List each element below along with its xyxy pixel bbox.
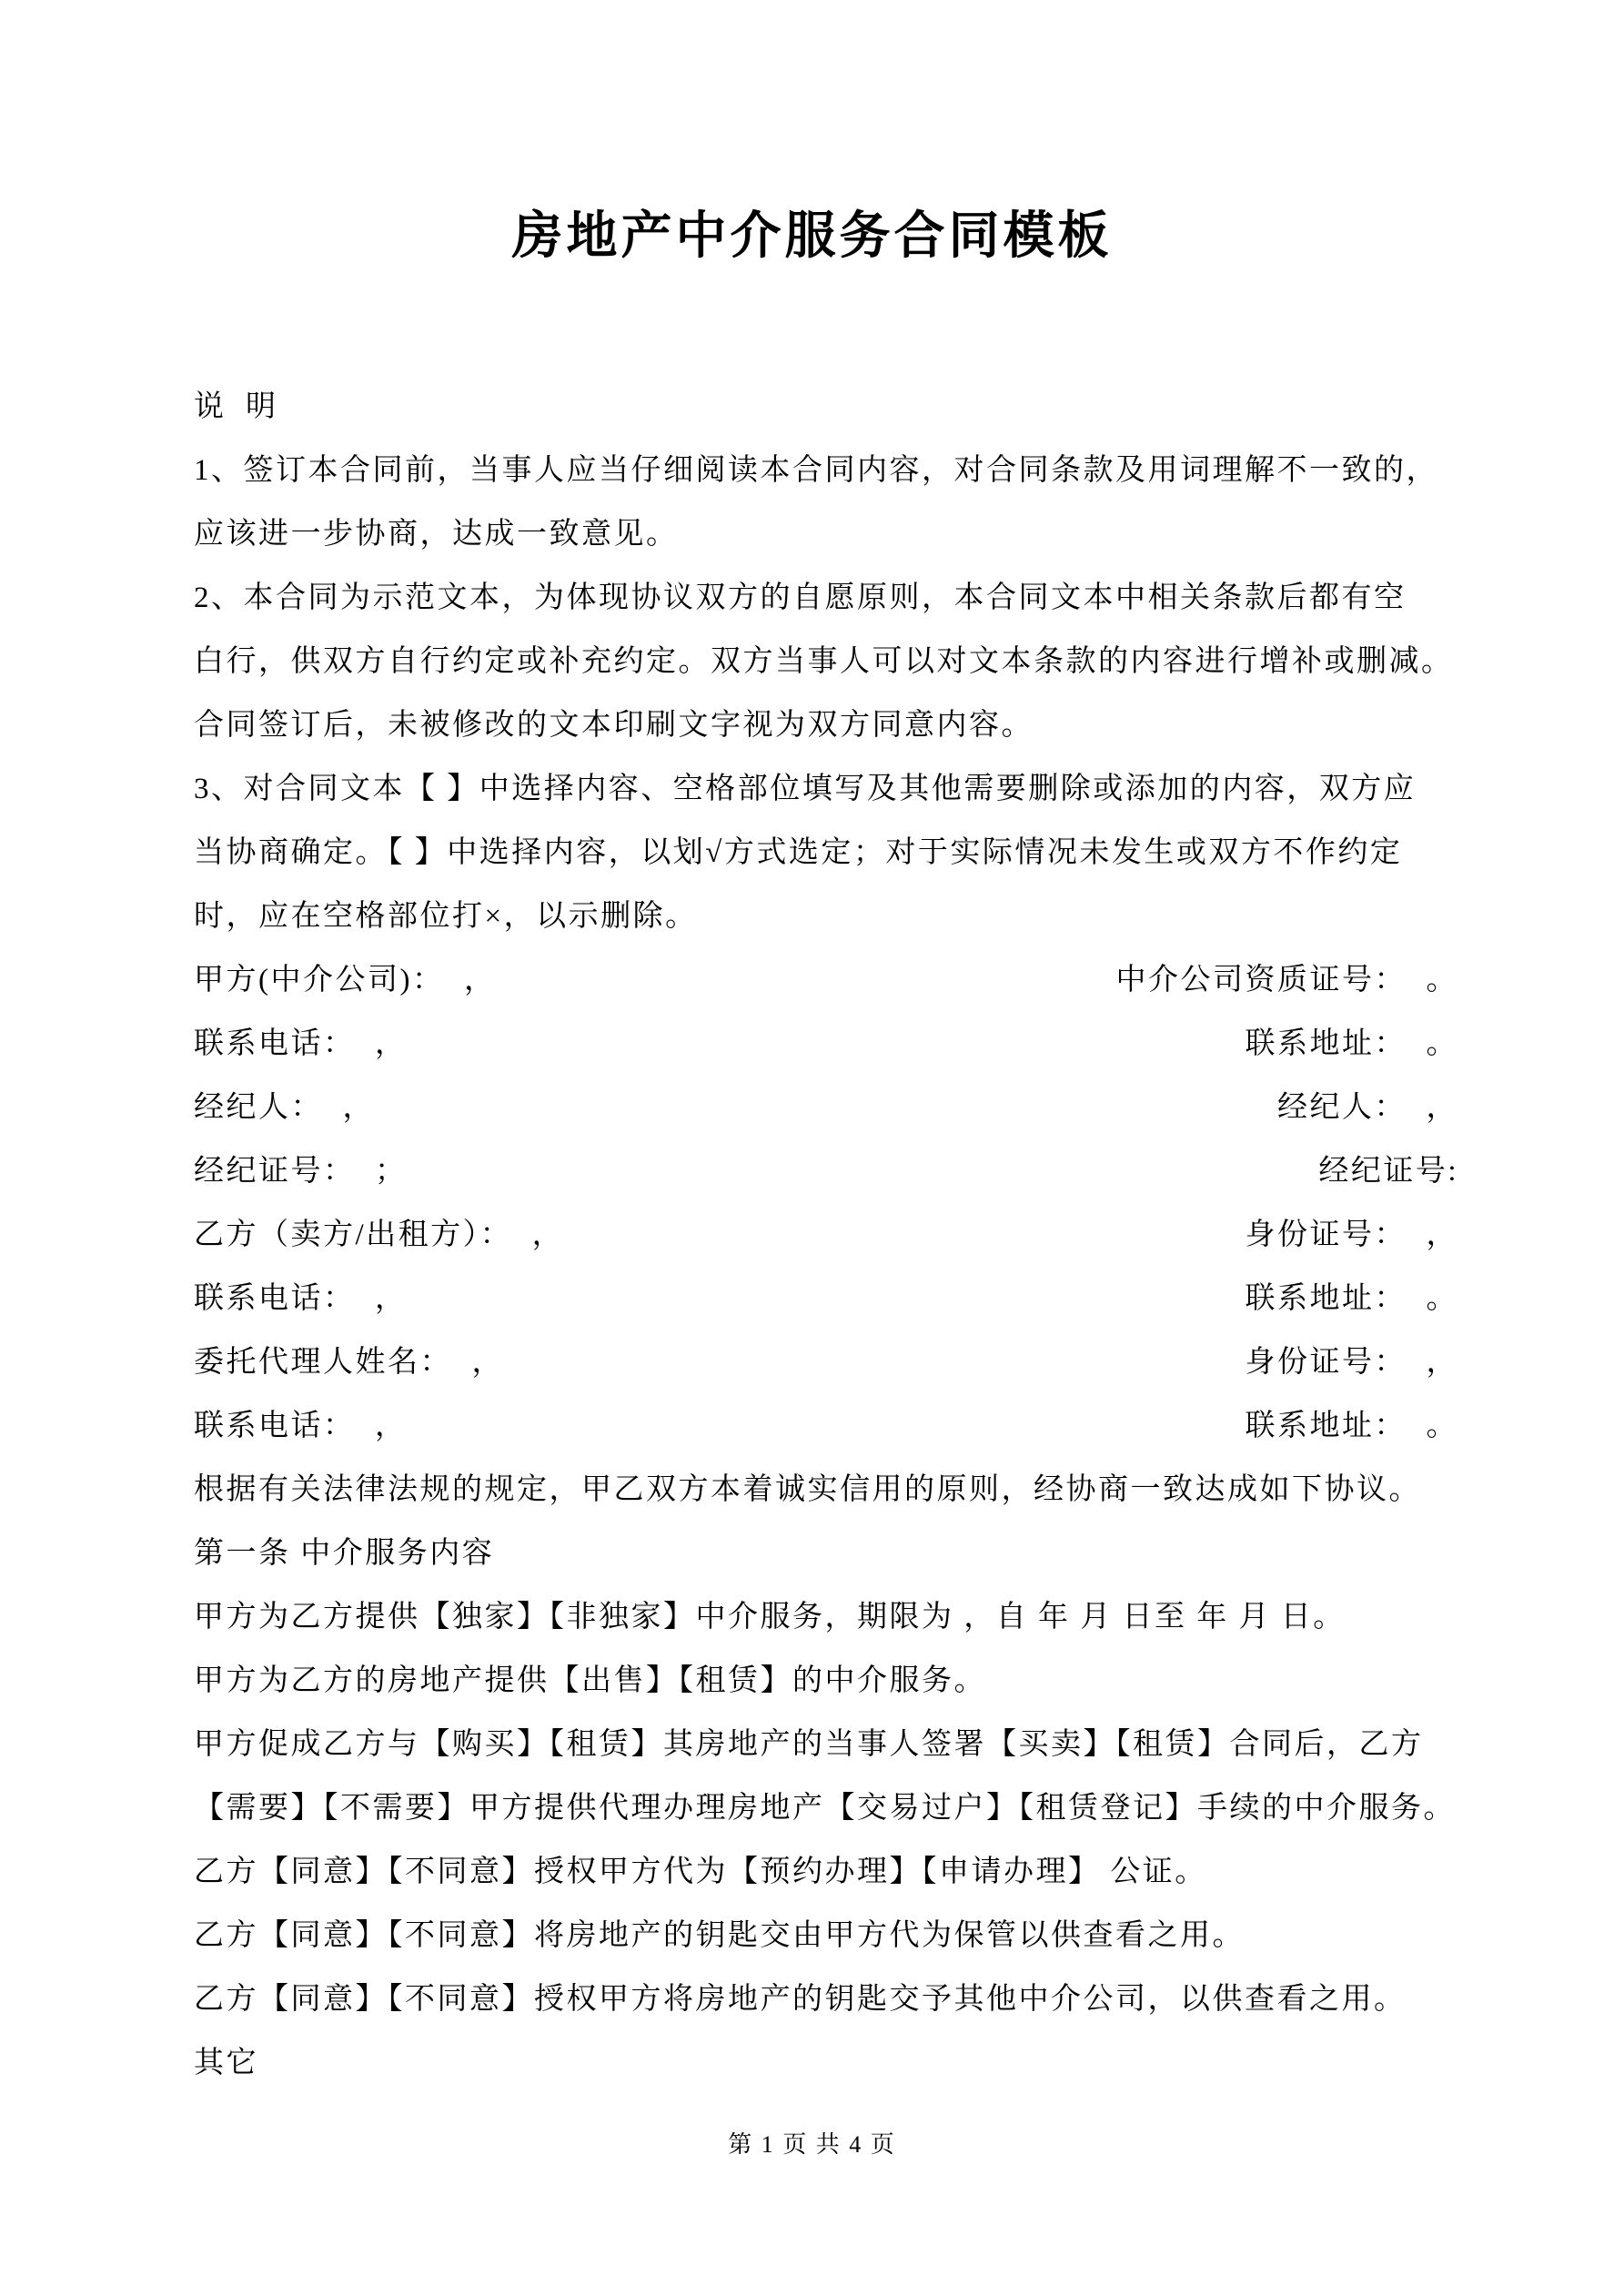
id-no-label: 身份证号： ， <box>1246 1330 1459 1394</box>
note-1-line-1: 1、签订本合同前，当事人应当仔细阅读本合同内容，对合同条款及用词理解不一致的， <box>194 439 1458 502</box>
phone-label: 联系电话： ， <box>194 1394 408 1458</box>
row-party-a-phone: 联系电话： ， 联系地址： 。 <box>194 1012 1458 1076</box>
preamble: 根据有关法律法规的规定，甲乙双方本着诚实信用的原则，经协商一致达成如下协议。 <box>194 1458 1458 1522</box>
party-b-label: 乙方（卖方/出租方）： ， <box>194 1203 564 1267</box>
phone-label: 联系电话： ， <box>194 1267 408 1330</box>
note-2-line-3: 合同签订后，未被修改的文本印刷文字视为双方同意内容。 <box>194 693 1458 757</box>
agent-cert-no-2-label: 经纪证号: <box>1318 1139 1458 1203</box>
agent-cert-no-label: 经纪证号： ； <box>194 1139 408 1203</box>
row-agent-cert-no: 经纪证号： ； 经纪证号: <box>194 1139 1458 1203</box>
row-agents: 经纪人： ， 经纪人： ， <box>194 1076 1458 1139</box>
agent-label: 经纪人： ， <box>194 1076 375 1139</box>
address-label: 联系地址： 。 <box>1246 1267 1459 1330</box>
clause-sale-or-lease: 甲方为乙方的房地产提供【出售】【租赁】的中介服务。 <box>194 1649 1458 1713</box>
agent-2-label: 经纪人： ， <box>1277 1076 1458 1139</box>
clause-facilitate-line-1: 甲方促成乙方与【购买】【租赁】其房地产的当事人签署【买卖】【租赁】合同后，乙方 <box>194 1713 1458 1776</box>
page-number: 第 1 页 共 4 页 <box>0 2129 1624 2160</box>
clause-exclusive-service: 甲方为乙方提供【独家】【非独家】中介服务，期限为 ，自 年 月 日至 年 月 日… <box>194 1585 1458 1649</box>
document-page: { "page": { "title": "房地产中介服务合同模板", "foo… <box>0 0 1624 2296</box>
id-no-label: 身份证号： ， <box>1246 1203 1459 1267</box>
agency-qualification-no-label: 中介公司资质证号： 。 <box>1116 948 1459 1012</box>
clause-keys-other-agencies: 乙方【同意】【不同意】授权甲方将房地产的钥匙交予其他中介公司，以供查看之用。 <box>194 1967 1458 2031</box>
row-attorney: 委托代理人姓名： ， 身份证号： ， <box>194 1330 1458 1394</box>
clause-facilitate-line-2: 【需要】【不需要】甲方提供代理办理房地产【交易过户】【租赁登记】手续的中介服务。 <box>194 1776 1458 1840</box>
phone-label: 联系电话： ， <box>194 1012 408 1076</box>
row-party-a: 甲方(中介公司)： ， 中介公司资质证号： 。 <box>194 948 1458 1012</box>
attorney-name-label: 委托代理人姓名： ， <box>194 1330 504 1394</box>
clause-keys-custody: 乙方【同意】【不同意】将房地产的钥匙交由甲方代为保管以供查看之用。 <box>194 1904 1458 1967</box>
address-label: 联系地址： 。 <box>1246 1394 1459 1458</box>
row-attorney-phone: 联系电话： ， 联系地址： 。 <box>194 1394 1458 1458</box>
other-heading: 其它 <box>194 2031 1458 2095</box>
note-3-line-3: 时，应在空格部位打×，以示删除。 <box>194 885 1458 948</box>
note-2-line-2: 白行，供双方自行约定或补充约定。双方当事人可以对文本条款的内容进行增补或删减。 <box>194 630 1458 693</box>
contract-body: 说 明 1、签订本合同前，当事人应当仔细阅读本合同内容，对合同条款及用词理解不一… <box>194 375 1458 2095</box>
note-3-line-2: 当协商确定。【 】中选择内容，以划√方式选定；对于实际情况未发生或双方不作约定 <box>194 821 1458 885</box>
row-party-b: 乙方（卖方/出租方）： ， 身份证号： ， <box>194 1203 1458 1267</box>
page-title: 房地产中介服务合同模板 <box>0 205 1624 268</box>
note-1-line-2: 应该进一步协商，达成一致意见。 <box>194 502 1458 566</box>
party-a-label: 甲方(中介公司)： ， <box>194 948 496 1012</box>
note-2-line-1: 2、本合同为示范文本，为体现协议双方的自愿原则，本合同文本中相关条款后都有空 <box>194 566 1458 630</box>
article-1-heading: 第一条 中介服务内容 <box>194 1522 1458 1585</box>
note-3-line-1: 3、对合同文本【 】中选择内容、空格部位填写及其他需要删除或添加的内容，双方应 <box>194 757 1458 821</box>
explanation-heading: 说 明 <box>194 375 1458 439</box>
row-party-b-phone: 联系电话： ， 联系地址： 。 <box>194 1267 1458 1330</box>
address-label: 联系地址： 。 <box>1246 1012 1459 1076</box>
clause-notarization: 乙方【同意】【不同意】授权甲方代为【预约办理】【申请办理】 公证。 <box>194 1840 1458 1904</box>
